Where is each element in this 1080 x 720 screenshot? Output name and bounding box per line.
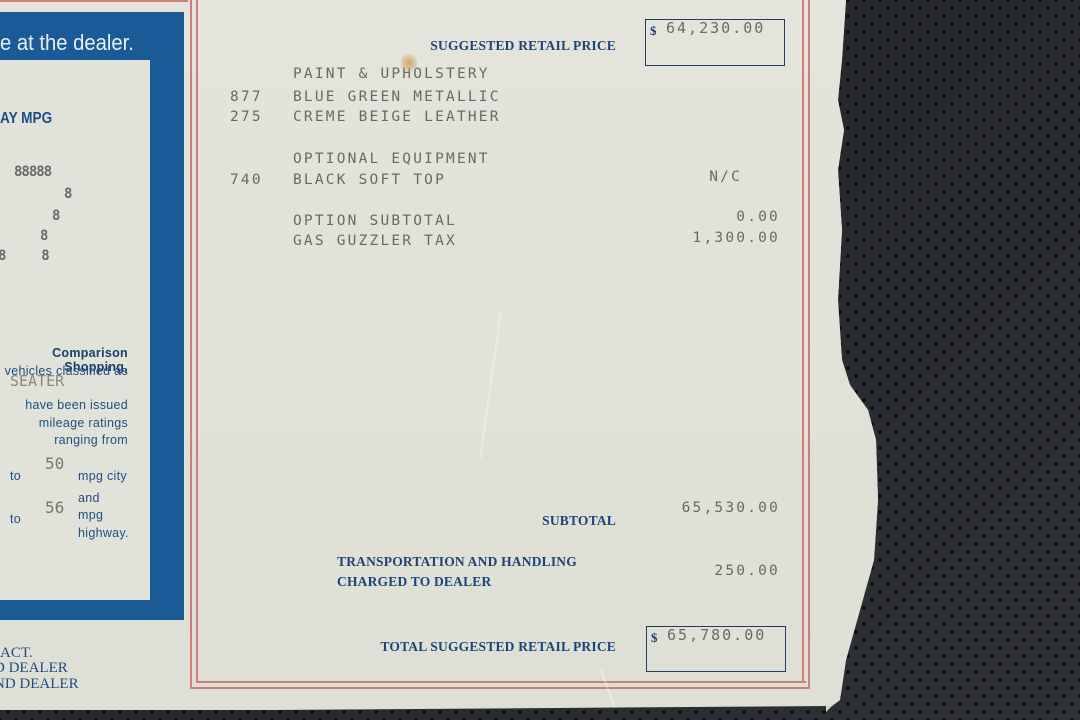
options-section-heading: OPTIONAL EQUIPMENT — [293, 151, 490, 167]
typed-mark: 8 8 — [0, 248, 56, 264]
gas-guzzler-label: GAS GUZZLER TAX — [293, 233, 457, 249]
issued-ratings-text: mileage ratings — [0, 416, 128, 430]
highway-mpg-heading: AY MPG — [0, 110, 52, 128]
red-border-line — [190, 687, 810, 689]
suggested-retail-price-value: 64,230.00 — [666, 19, 765, 37]
and-label: and — [78, 491, 100, 505]
issued-ratings-text: have been issued — [0, 398, 128, 412]
total-suggested-retail-price-label: TOTAL SUGGESTED RETAIL PRICE — [340, 639, 616, 655]
fuel-economy-panel: e at the dealer. AY MPG 88888 8 8 8 8 8 … — [0, 12, 184, 620]
paper-crease — [479, 310, 501, 459]
subtotal-label: SUBTOTAL — [400, 513, 616, 529]
total-price-value: 65,780.00 — [667, 626, 766, 644]
red-border-line — [190, 0, 192, 688]
currency-symbol: $ — [651, 630, 658, 646]
option-item-code: 740 — [230, 172, 263, 188]
suggested-retail-price-label: SUGGESTED RETAIL PRICE — [400, 38, 616, 54]
legal-text-line: ACT. — [0, 645, 33, 661]
typed-mark: 88888 — [14, 164, 51, 180]
issued-ratings-text: ranging from — [0, 433, 128, 447]
upholstery-item-description: CREME BEIGE LEATHER — [293, 109, 501, 125]
fuel-economy-header: e at the dealer. — [0, 28, 166, 58]
total-price-box: $ 65,780.00 — [646, 626, 786, 672]
city-mpg-value: 50 — [45, 454, 64, 473]
to-label: to — [10, 469, 21, 483]
typed-mark: 8 — [40, 228, 47, 244]
red-border-line — [196, 0, 198, 682]
legal-text-line: ND DEALER — [0, 676, 79, 692]
option-item-price: N/C — [660, 169, 742, 185]
gas-guzzler-value: 1,300.00 — [640, 230, 780, 246]
transportation-label: CHARGED TO DEALER — [337, 574, 491, 590]
typed-mark: 8 — [64, 186, 71, 202]
highway-mpg-label: highway. — [78, 526, 129, 540]
fuel-economy-inner-panel: AY MPG 88888 8 8 8 8 8 Comparison Shoppi… — [0, 60, 150, 600]
to-label: to — [10, 512, 21, 526]
option-subtotal-label: OPTION SUBTOTAL — [293, 213, 457, 229]
transportation-value: 250.00 — [640, 563, 780, 579]
currency-symbol: $ — [650, 23, 657, 39]
paint-item-code: 877 — [230, 89, 263, 105]
red-border-line — [808, 0, 810, 688]
vehicle-class-typed: SEATER — [10, 372, 64, 390]
option-item-description: BLACK SOFT TOP — [293, 172, 446, 188]
paper-stain — [401, 52, 417, 74]
option-subtotal-value: 0.00 — [640, 209, 780, 225]
red-border-line — [802, 0, 804, 682]
paint-section-heading: PAINT & UPHOLSTERY — [293, 66, 490, 82]
upholstery-item-code: 275 — [230, 109, 263, 125]
suggested-retail-price-box: $ 64,230.00 — [645, 19, 785, 66]
highway-mpg-label: mpg — [78, 508, 103, 522]
paint-item-description: BLUE GREEN METALLIC — [293, 89, 501, 105]
legal-text-line: D DEALER — [0, 660, 68, 676]
window-sticker-paper: e at the dealer. AY MPG 88888 8 8 8 8 8 … — [0, 0, 880, 710]
typed-mark: 8 — [52, 208, 59, 224]
transportation-label: TRANSPORTATION AND HANDLING — [337, 554, 577, 570]
red-border-line — [196, 681, 806, 683]
red-border-line — [0, 0, 188, 2]
paper-crease — [600, 669, 615, 707]
city-mpg-label: mpg city — [78, 469, 127, 483]
highway-mpg-value: 56 — [45, 498, 64, 517]
subtotal-value: 65,530.00 — [640, 500, 780, 516]
